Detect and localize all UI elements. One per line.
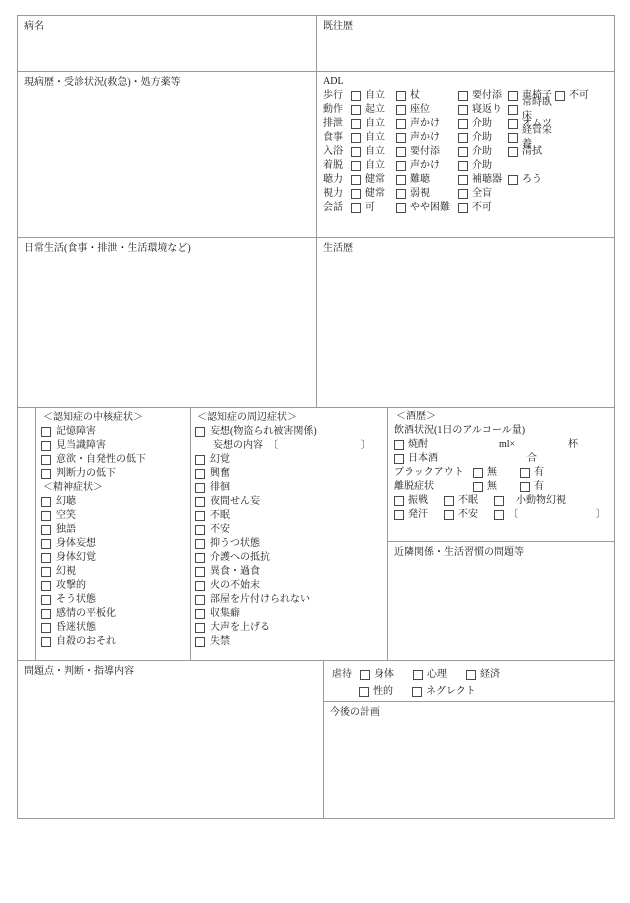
- adl-option[interactable]: 自立: [351, 131, 396, 145]
- checkbox-icon[interactable]: [195, 497, 205, 507]
- checkbox-icon[interactable]: [195, 553, 205, 563]
- adl-row: 着脱 自立 声かけ 介助: [323, 159, 614, 173]
- abuse-option[interactable]: 身体: [360, 668, 413, 682]
- checkbox-icon[interactable]: [41, 637, 51, 647]
- withdrawal-no-option[interactable]: 無: [473, 480, 520, 494]
- abuse-option[interactable]: 経済: [466, 668, 519, 682]
- symptom-checkbox-item[interactable]: 妄想(物盗られ被害関係): [195, 425, 387, 439]
- checkbox-icon[interactable]: [458, 119, 468, 129]
- peripheral-symptoms-list: 幻覚興奮徘徊夜間せん妄不眠不安抑うつ状態介護への抵抗異食・過食火の不始末部屋を片…: [195, 453, 387, 649]
- adl-option[interactable]: 杖: [396, 89, 458, 103]
- checkbox-icon[interactable]: [41, 525, 51, 535]
- symptom-checkbox-item[interactable]: 空笑: [41, 509, 190, 523]
- checkbox-icon[interactable]: [508, 147, 518, 157]
- checkbox-icon[interactable]: [351, 147, 361, 157]
- checkbox-icon[interactable]: [195, 455, 205, 465]
- blackout-yes-option[interactable]: 有: [520, 466, 544, 480]
- checkbox-icon[interactable]: [458, 203, 468, 213]
- adl-row-label: 排泄: [323, 117, 346, 131]
- adl-option[interactable]: 寝返り: [458, 103, 508, 117]
- checkbox-icon[interactable]: [351, 133, 361, 143]
- abuse-plan-cell: 虐待 身体心理経済 性的ネグレクト 今後の計画: [323, 661, 614, 818]
- blackout-row: ブラックアウト 無 有: [394, 466, 614, 480]
- symptom-checkbox-item[interactable]: 身体幻覚: [41, 551, 190, 565]
- adl-row: 聴力 健常 難聴 補聴器 ろう: [323, 173, 614, 187]
- checkbox-icon[interactable]: [458, 147, 468, 157]
- adl-option[interactable]: 介助: [458, 159, 508, 173]
- adl-row: 会話 可 やや困難 不可: [323, 201, 614, 215]
- life-history-cell: 生活歴: [316, 238, 614, 407]
- symptom-checkbox-item[interactable]: 介護への抵抗: [195, 551, 387, 565]
- checkbox-icon[interactable]: [396, 105, 406, 115]
- shochu-label: 焼酎: [408, 438, 499, 452]
- core-symptoms-list: 記憶障害見当識障害意欲・自発性の低下判断力の低下: [41, 425, 190, 481]
- checkbox-icon[interactable]: [195, 567, 205, 577]
- checkbox-icon[interactable]: [458, 91, 468, 101]
- row-present-illness-adl: 現病歴・受診状況(救急)・処方薬等 ADL 歩行 自立 杖 要付添 車椅子 不可…: [18, 71, 614, 237]
- checkbox-icon[interactable]: [195, 469, 205, 479]
- future-plan-cell: 今後の計画: [324, 701, 614, 818]
- adl-row-label: 入浴: [323, 145, 346, 159]
- sake-row: 日本酒 合: [394, 452, 614, 466]
- adl-option[interactable]: 補聴器: [458, 173, 508, 187]
- adl-option[interactable]: 座位: [396, 103, 458, 117]
- checkbox-icon[interactable]: [520, 468, 530, 478]
- symptom-checkbox-item[interactable]: 感情の平板化: [41, 607, 190, 621]
- tremor-option[interactable]: 振戦: [394, 494, 444, 508]
- checkbox-icon[interactable]: [508, 105, 518, 115]
- checkbox-icon[interactable]: [412, 687, 422, 697]
- adl-row: 排泄 自立 声かけ 介助 オムツ: [323, 117, 614, 131]
- symptom-checkbox-item[interactable]: 部屋を片付けられない: [195, 593, 387, 607]
- anxiety-option[interactable]: 不安: [444, 508, 494, 522]
- checkbox-icon[interactable]: [195, 525, 205, 535]
- peripheral-symptoms-title: ＜認知症の周辺症状＞: [195, 411, 387, 425]
- daily-life-cell: 日常生活(食事・排泄・生活環境など): [18, 238, 316, 407]
- checkbox-icon[interactable]: [41, 427, 51, 437]
- row-daily-life: 日常生活(食事・排泄・生活環境など) 生活歴: [18, 237, 614, 407]
- checkbox-icon[interactable]: [458, 175, 468, 185]
- adl-option[interactable]: 健常: [351, 187, 396, 201]
- adl-option[interactable]: 可: [351, 201, 396, 215]
- checkbox-icon[interactable]: [41, 609, 51, 619]
- future-plan-label: 今後の計画: [330, 707, 380, 718]
- core-symptoms-title: ＜認知症の中核症状＞: [41, 411, 190, 425]
- adl-option[interactable]: ろう: [508, 173, 555, 187]
- alcohol-title: ＜酒歴＞: [394, 410, 614, 424]
- checkbox-icon[interactable]: [195, 595, 205, 605]
- adl-row-label: 視力: [323, 187, 346, 201]
- checkbox-icon[interactable]: [458, 133, 468, 143]
- abuse-option[interactable]: ネグレクト: [412, 685, 476, 699]
- daily-life-label: 日常生活(食事・排泄・生活環境など): [24, 243, 191, 254]
- checkbox-icon[interactable]: [195, 539, 205, 549]
- checkbox-icon[interactable]: [394, 454, 404, 464]
- adl-row-label: 会話: [323, 201, 346, 215]
- checkbox-icon[interactable]: [41, 567, 51, 577]
- past-history-label: 既往歴: [323, 21, 353, 32]
- symptom-checkbox-item[interactable]: 夜間せん妄: [195, 495, 387, 509]
- checkbox-icon[interactable]: [396, 91, 406, 101]
- checkbox-icon[interactable]: [195, 427, 205, 437]
- checkbox-icon[interactable]: [41, 469, 51, 479]
- adl-row-label: 動作: [323, 103, 346, 117]
- checkbox-icon[interactable]: [41, 553, 51, 563]
- symptom-checkbox-item[interactable]: そう状態: [41, 593, 190, 607]
- disease-name-label: 病名: [24, 21, 44, 32]
- delusion-content-label: 妄想の内容: [213, 439, 263, 453]
- shochu-row: 焼酎 ml× 杯: [394, 438, 614, 452]
- symptom-checkbox-item[interactable]: 意欲・自発性の低下: [41, 453, 190, 467]
- checkbox-icon[interactable]: [458, 161, 468, 171]
- symptom-checkbox-item[interactable]: 不眠: [195, 509, 387, 523]
- present-illness-label: 現病歴・受診状況(救急)・処方薬等: [24, 77, 181, 88]
- blackout-no-option[interactable]: 無: [473, 466, 520, 480]
- withdrawal-symptoms-row1: 振戦 不眠 小動物幻視: [394, 494, 614, 508]
- symptom-checkbox-item[interactable]: 独語: [41, 523, 190, 537]
- symptom-checkbox-item[interactable]: 記憶障害: [41, 425, 190, 439]
- checkbox-icon[interactable]: [508, 133, 518, 143]
- symptom-checkbox-item[interactable]: 徘徊: [195, 481, 387, 495]
- adl-row: 歩行 自立 杖 要付添 車椅子 不可: [323, 89, 614, 103]
- checkbox-icon[interactable]: [396, 175, 406, 185]
- peripheral-symptoms-column: ＜認知症の周辺症状＞ 妄想(物盗られ被害関係) 妄想の内容 〔 〕 幻覚興奮徘徊…: [190, 408, 387, 660]
- symptom-checkbox-item[interactable]: 攻撃的: [41, 579, 190, 593]
- row-symptoms: ＜認知症の中核症状＞ 記憶障害見当識障害意欲・自発性の低下判断力の低下 ＜精神症…: [18, 407, 614, 660]
- other-option[interactable]: 〔: [494, 508, 518, 522]
- symptom-checkbox-item[interactable]: 火の不始末: [195, 579, 387, 593]
- checkbox-icon[interactable]: [351, 175, 361, 185]
- checkbox-icon[interactable]: [41, 455, 51, 465]
- abuse-row-1: 虐待 身体心理経済: [332, 666, 614, 683]
- neighbor-relations-cell: 近隣関係・生活習慣の問題等: [388, 541, 614, 660]
- checkbox-icon[interactable]: [41, 539, 51, 549]
- checkbox-icon[interactable]: [473, 468, 483, 478]
- withdrawal-yes-option[interactable]: 有: [520, 480, 544, 494]
- insomnia-option[interactable]: 不眠: [444, 494, 494, 508]
- checkbox-icon[interactable]: [351, 161, 361, 171]
- checkbox-icon[interactable]: [508, 175, 518, 185]
- adl-option[interactable]: 自立: [351, 159, 396, 173]
- sake-label: 日本酒: [408, 452, 499, 466]
- row-problems-plan: 問題点・判断・指導内容 虐待 身体心理経済 性的ネグレクト 今後の計画: [18, 660, 614, 818]
- checkbox-icon[interactable]: [351, 105, 361, 115]
- adl-option[interactable]: 自立: [351, 145, 396, 159]
- withdrawal-symptoms-row2: 発汗 不安 〔 〕: [394, 508, 614, 522]
- adl-row-label: 聴力: [323, 173, 346, 187]
- adl-row: 動作 起立 座位 寝返り 常時臥床: [323, 103, 614, 117]
- adl-option[interactable]: 難聴: [396, 173, 458, 187]
- checkbox-icon[interactable]: [360, 670, 370, 680]
- alcohol-neighbor-column: ＜酒歴＞ 飲酒状況(1日のアルコール量) 焼酎 ml× 杯 日本酒 合 ブ: [387, 408, 614, 660]
- adl-row-label: 着脱: [323, 159, 346, 173]
- checkbox-icon[interactable]: [195, 581, 205, 591]
- checkbox-icon[interactable]: [41, 511, 51, 521]
- symptom-checkbox-item[interactable]: 判断力の低下: [41, 467, 190, 481]
- checkbox-icon[interactable]: [351, 91, 361, 101]
- adl-rows: 歩行 自立 杖 要付添 車椅子 不可 動作 起立 座位 寝返り 常時臥床 排泄 …: [323, 89, 614, 215]
- checkbox-icon[interactable]: [359, 687, 369, 697]
- symptom-checkbox-item[interactable]: 異食・過食: [195, 565, 387, 579]
- adl-title: ADL: [323, 75, 614, 89]
- adl-option[interactable]: 自立: [351, 117, 396, 131]
- checkbox-icon[interactable]: [195, 623, 205, 633]
- gou-label: 合: [499, 452, 537, 466]
- checkbox-icon[interactable]: [396, 147, 406, 157]
- disease-name-cell: 病名: [18, 16, 316, 71]
- checkbox-icon[interactable]: [195, 483, 205, 493]
- checkbox-icon[interactable]: [555, 91, 565, 101]
- alcohol-subtitle: 飲酒状況(1日のアルコール量): [394, 424, 614, 438]
- sweat-option[interactable]: 発汗: [394, 508, 444, 522]
- adl-option[interactable]: 弱視: [396, 187, 458, 201]
- adl-option[interactable]: 全盲: [458, 187, 508, 201]
- delusion-content-field[interactable]: 妄想の内容 〔 〕: [195, 439, 387, 453]
- close-bracket: 〕: [596, 508, 606, 522]
- adl-option[interactable]: 介助: [458, 131, 508, 145]
- checkbox-icon[interactable]: [413, 670, 423, 680]
- abuse-options-row2: 性的ネグレクト: [359, 685, 476, 699]
- adl-option[interactable]: 介助: [458, 145, 508, 159]
- adl-row: 入浴 自立 要付添 介助 清拭: [323, 145, 614, 159]
- checkbox-icon[interactable]: [494, 510, 504, 520]
- checkbox-icon[interactable]: [351, 203, 361, 213]
- checkbox-icon[interactable]: [458, 105, 468, 115]
- psych-symptoms-list: 幻聴空笑独語身体妄想身体幻覚幻視攻撃的そう状態感情の平板化昏迷状態自殺のおそれ: [41, 495, 190, 649]
- cup-label: 杯: [568, 438, 578, 452]
- problems-label: 問題点・判断・指導内容: [24, 666, 134, 677]
- symptom-checkbox-item[interactable]: 幻視: [41, 565, 190, 579]
- adl-row: 視力 健常 弱視 全盲: [323, 187, 614, 201]
- symptom-checkbox-item[interactable]: 幻聴: [41, 495, 190, 509]
- checkbox-icon[interactable]: [195, 511, 205, 521]
- symptom-checkbox-item[interactable]: 不安: [195, 523, 387, 537]
- checkbox-icon[interactable]: [351, 189, 361, 199]
- adl-option[interactable]: 要付添: [396, 145, 458, 159]
- neighbor-relations-label: 近隣関係・生活習慣の問題等: [394, 547, 524, 558]
- adl-option[interactable]: 清拭: [508, 145, 555, 159]
- symptom-checkbox-item[interactable]: 自殺のおそれ: [41, 635, 190, 649]
- checkbox-icon[interactable]: [394, 440, 404, 450]
- blackout-label: ブラックアウト: [394, 466, 473, 480]
- adl-option[interactable]: 自立: [351, 89, 396, 103]
- present-illness-cell: 現病歴・受診状況(救急)・処方薬等: [18, 72, 316, 237]
- adl-option[interactable]: 声かけ: [396, 131, 458, 145]
- checkbox-icon[interactable]: [466, 670, 476, 680]
- adl-row: 食事 自立 声かけ 介助 経管栄養: [323, 131, 614, 145]
- checkbox-icon[interactable]: [195, 609, 205, 619]
- symptom-checkbox-item[interactable]: 収集癖: [195, 607, 387, 621]
- checkbox-icon[interactable]: [394, 510, 404, 520]
- psych-symptoms-title: ＜精神症状＞: [41, 481, 190, 495]
- problems-cell: 問題点・判断・指導内容: [18, 661, 323, 818]
- adl-option[interactable]: 声かけ: [396, 159, 458, 173]
- small-animal-option[interactable]: 小動物幻視: [494, 494, 566, 508]
- checkbox-icon[interactable]: [195, 637, 205, 647]
- checkbox-icon[interactable]: [394, 496, 404, 506]
- row-disease: 病名 既往歴: [18, 16, 614, 71]
- alcohol-history-section: ＜酒歴＞ 飲酒状況(1日のアルコール量) 焼酎 ml× 杯 日本酒 合 ブ: [388, 408, 614, 541]
- symptom-checkbox-item[interactable]: 昏迷状態: [41, 621, 190, 635]
- close-bracket: 〕: [361, 439, 371, 453]
- core-symptoms-column: ＜認知症の中核症状＞ 記憶障害見当識障害意欲・自発性の低下判断力の低下 ＜精神症…: [36, 408, 190, 660]
- symptoms-box: ＜認知症の中核症状＞ 記憶障害見当識障害意欲・自発性の低下判断力の低下 ＜精神症…: [35, 408, 614, 660]
- checkbox-icon[interactable]: [41, 441, 51, 451]
- adl-option[interactable]: 不可: [555, 89, 589, 103]
- checkbox-icon[interactable]: [396, 203, 406, 213]
- life-history-label: 生活歴: [323, 243, 353, 254]
- assessment-form: 病名 既往歴 現病歴・受診状況(救急)・処方薬等 ADL 歩行 自立 杖 要付添…: [17, 15, 615, 819]
- checkbox-icon[interactable]: [520, 482, 530, 492]
- adl-option[interactable]: 健常: [351, 173, 396, 187]
- ml-label: ml×: [499, 438, 568, 452]
- checkbox-icon[interactable]: [396, 189, 406, 199]
- checkbox-icon[interactable]: [41, 623, 51, 633]
- abuse-option[interactable]: 心理: [413, 668, 466, 682]
- adl-cell: ADL 歩行 自立 杖 要付添 車椅子 不可 動作 起立 座位 寝返り 常時臥床…: [316, 72, 614, 237]
- abuse-section: 虐待 身体心理経済 性的ネグレクト: [324, 661, 614, 701]
- withdrawal-row: 離脱症状 無 有: [394, 480, 614, 494]
- adl-row-label: 歩行: [323, 89, 346, 103]
- adl-row-label: 食事: [323, 131, 346, 145]
- open-bracket: 〔: [268, 439, 278, 453]
- symptom-checkbox-item[interactable]: 失禁: [195, 635, 387, 649]
- adl-option[interactable]: 不可: [458, 201, 508, 215]
- checkbox-icon[interactable]: [473, 482, 483, 492]
- past-history-cell: 既往歴: [316, 16, 614, 71]
- abuse-label: 虐待: [332, 668, 352, 682]
- checkbox-icon[interactable]: [396, 133, 406, 143]
- checkbox-icon[interactable]: [41, 497, 51, 507]
- symptom-checkbox-item[interactable]: 身体妄想: [41, 537, 190, 551]
- adl-option[interactable]: 介助: [458, 117, 508, 131]
- withdrawal-label: 離脱症状: [394, 480, 473, 494]
- checkbox-icon[interactable]: [351, 119, 361, 129]
- adl-option[interactable]: 声かけ: [396, 117, 458, 131]
- checkbox-icon[interactable]: [396, 119, 406, 129]
- adl-option[interactable]: 要付添: [458, 89, 508, 103]
- symptom-checkbox-item[interactable]: 興奮: [195, 467, 387, 481]
- checkbox-icon[interactable]: [444, 496, 454, 506]
- checkbox-icon[interactable]: [396, 161, 406, 171]
- checkbox-icon[interactable]: [458, 189, 468, 199]
- abuse-options-row1: 身体心理経済: [360, 668, 519, 682]
- checkbox-icon[interactable]: [41, 595, 51, 605]
- adl-option[interactable]: やや困難: [396, 201, 458, 215]
- abuse-option[interactable]: 性的: [359, 685, 412, 699]
- checkbox-icon[interactable]: [494, 496, 504, 506]
- abuse-row-2: 性的ネグレクト: [332, 683, 614, 700]
- symptom-checkbox-item[interactable]: 幻覚: [195, 453, 387, 467]
- symptom-checkbox-item[interactable]: 見当識障害: [41, 439, 190, 453]
- symptom-checkbox-item[interactable]: 抑うつ状態: [195, 537, 387, 551]
- adl-option[interactable]: 起立: [351, 103, 396, 117]
- checkbox-icon[interactable]: [41, 581, 51, 591]
- symptom-checkbox-item[interactable]: 大声を上げる: [195, 621, 387, 635]
- checkbox-icon[interactable]: [444, 510, 454, 520]
